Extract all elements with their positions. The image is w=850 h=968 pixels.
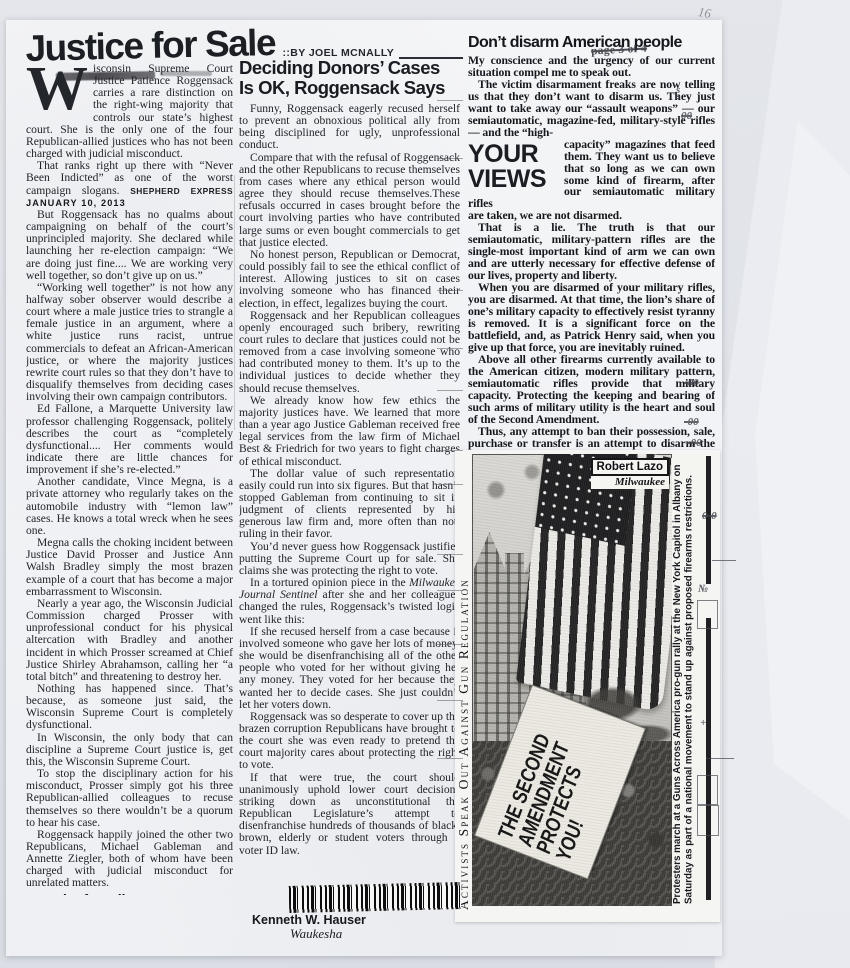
article-paragraph: Compare that with the refusal of Roggens… [239, 152, 460, 249]
article-paragraph: That ranks right up there with “Never Be… [26, 160, 233, 209]
article-paragraph: In a tortured opinion piece in the Milwa… [239, 577, 460, 626]
pen-line-mark [706, 758, 734, 759]
clip-edge-line [437, 590, 463, 591]
article-paragraph: In Wisconsin, the only body that can dis… [26, 732, 233, 768]
article-paragraph: No honest person, Republican or Democrat… [239, 249, 460, 310]
letter-signature: Kenneth W. Hauser Waukesha [252, 913, 412, 941]
photo-caption-rotated: Protesters march at a Guns Across Americ… [672, 454, 706, 906]
letter-paragraph: That is a lie. The truth is that our sem… [468, 222, 715, 282]
clip-edge-line [437, 290, 463, 291]
publication-tag: SHEPHERD EXPRESS [130, 186, 233, 196]
clip-edge-line [437, 644, 463, 645]
article-paragraph: Roggensack and her Republican colleagues… [239, 310, 460, 395]
clip-edge-line [437, 700, 463, 701]
article-column-1: Wisconsin Supreme Court Justice Patience… [26, 63, 233, 895]
article-paragraph: You’d never guess how Roggensack justifi… [239, 541, 460, 577]
clip-edge-line [437, 348, 463, 349]
pen-mark: -00 [687, 437, 702, 449]
handwritten-page-number: 16 [697, 4, 712, 22]
photo-clipping: Activists Speak Out Against Gun Regulati… [455, 450, 720, 922]
pen-box-mark [697, 805, 719, 836]
letter-paragraph-wrap: YOUR VIEWS capacity” magazines that feed… [468, 139, 715, 211]
pen-box-mark [697, 600, 718, 629]
pen-box-mark [697, 775, 718, 805]
pen-mark: s [676, 84, 680, 99]
section-subhead-nutraloaf: Nutraloaf verdict [26, 893, 233, 895]
clip-edge-line [437, 758, 463, 759]
article-paragraph: Ed Fallone, a Marquette University law p… [26, 403, 233, 476]
photo-grain [472, 454, 672, 906]
photo-credit-city: Milwaukee [591, 476, 669, 489]
barcode [289, 882, 462, 913]
article-headline: Justice for Sale [25, 24, 275, 67]
pen-mark: -00 [684, 416, 699, 428]
pen-mark: 0-0 [702, 510, 717, 522]
article-paragraph: To stop the disciplinary action for his … [26, 768, 233, 829]
clip-edge-line [437, 390, 463, 391]
article-paragraph: Roggensack happily joined the other two … [26, 829, 233, 890]
article-paragraph: The dollar value of such representation … [239, 468, 460, 541]
signature-name: Kenneth W. Hauser [252, 913, 412, 927]
clip-edge-line [437, 450, 463, 451]
article-paragraph: If she recused herself from a case becau… [239, 626, 460, 711]
pen-mark: + [700, 717, 706, 729]
scanned-newspaper-page: Justice for Sale::BY JOEL MCNALLY Wiscon… [0, 0, 850, 968]
article-paragraph: If that were true, the court should unan… [239, 772, 460, 857]
article-paragraph: Wisconsin Supreme Court Justice Patience… [26, 63, 233, 160]
clip-edge-line [437, 484, 463, 485]
letter-paragraph: Above all other firearms currently avail… [468, 354, 715, 426]
photo-credit-name: Robert Lazo [591, 458, 669, 476]
section-subhead: Deciding Donors’ Cases Is OK, Roggensack… [239, 58, 460, 98]
pen-line-mark [712, 560, 736, 561]
clip-edge-line [437, 554, 463, 555]
clip-edge-line [437, 100, 463, 101]
article-paragraph: But Roggensack has no qualms about campa… [26, 209, 233, 282]
protest-photo: THE SECOND AMENDMENT PROTECTS YOU! Rober… [472, 454, 672, 906]
photo-caption-vertical: Activists Speak Out Against Gun Regulati… [455, 452, 472, 910]
article-paragraph: Another candidate, Vince Megna, is a pri… [26, 476, 233, 537]
article-paragraph: We already know how few ethics the major… [239, 395, 460, 468]
pen-mark: № [698, 583, 708, 595]
column-rule [234, 175, 235, 430]
article-paragraph: Funny, Roggensack eagerly recused hersel… [239, 103, 460, 152]
clip-edge-line [437, 158, 463, 159]
article-paragraph: Nearly a year ago, the Wisconsin Judicia… [26, 598, 233, 683]
letter-paragraph: My conscience and the urgency of our cur… [468, 55, 715, 79]
article-column-2: Deciding Donors’ Cases Is OK, Roggensack… [239, 58, 460, 892]
your-views-label: YOUR VIEWS [468, 142, 556, 192]
article-paragraph: “Working well together” is not how any h… [26, 282, 233, 404]
article-paragraph: Roggensack was so desperate to cover up … [239, 711, 460, 772]
signature-city: Waukesha [252, 927, 412, 941]
article-paragraph: Megna calls the choking incident between… [26, 537, 233, 598]
photo-credit: Robert Lazo Milwaukee [591, 457, 669, 489]
pen-mark: 00 [681, 110, 692, 122]
article-paragraph: Nothing has happened since. That’s becau… [26, 683, 233, 732]
letter-paragraph: When you are disarmed of your military r… [468, 282, 715, 354]
date-tag: JANUARY 10, 2013 [26, 198, 126, 208]
pen-mark: -00 [684, 377, 699, 389]
drop-cap: W [26, 63, 93, 113]
